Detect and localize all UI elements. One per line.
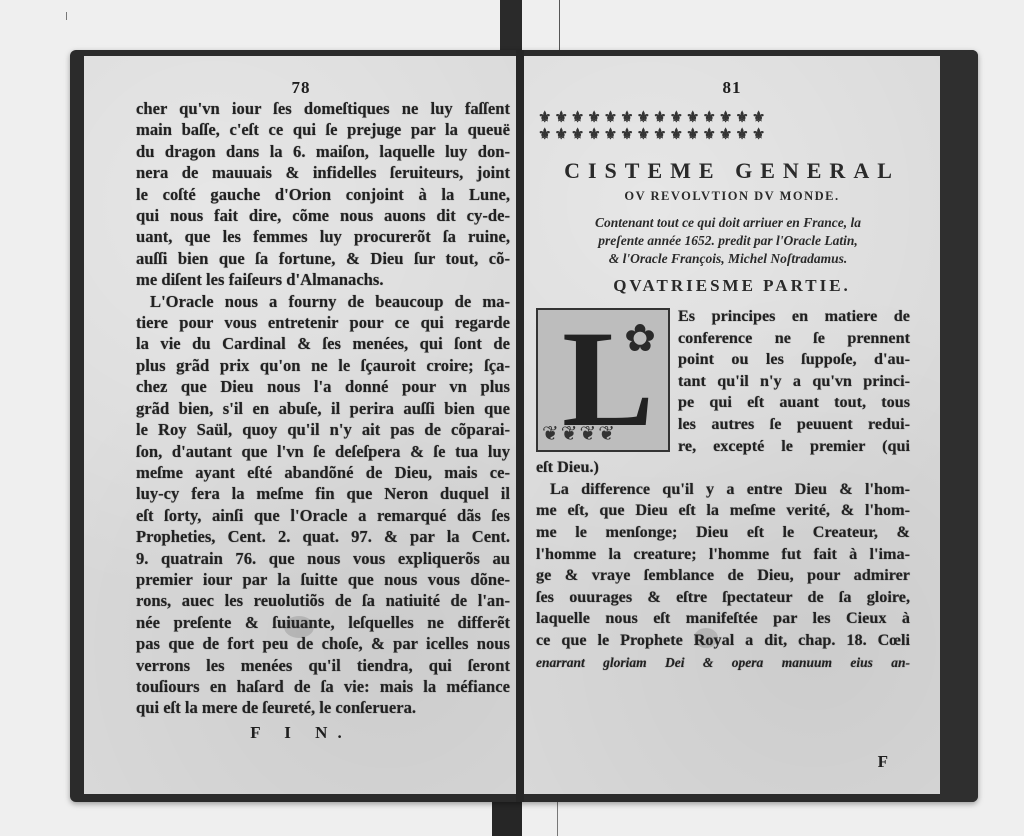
fleuron-row: ⚜⚜⚜⚜⚜⚜⚜⚜⚜⚜⚜⚜⚜⚜: [538, 127, 896, 144]
rose-icon: ✿: [624, 320, 656, 358]
text-line: me eſt, que Dieu eſt la meſme verité, & …: [536, 500, 910, 522]
text-line: tiere pour vous entretenir pour ce qui r…: [136, 312, 510, 333]
description-line: preſente année 1652. predit par l'Oracle…: [538, 232, 918, 250]
stand-guide-line-bottom: [557, 800, 558, 836]
signature-mark: F: [878, 752, 888, 772]
text-line: ſon, d'autant que l'vn ſe deſeſpera & ſe…: [136, 441, 510, 462]
text-line: pas que de fort peu de choſe, & par icel…: [136, 633, 510, 654]
book-fore-edge: [940, 50, 978, 802]
decorated-initial: ❦❦❦❦ L ✿: [536, 308, 670, 452]
fleuron-row: ⚜⚜⚜⚜⚜⚜⚜⚜⚜⚜⚜⚜⚜⚜: [538, 110, 896, 127]
text-line: le Roy Saül, quoy qu'il n'y ait pas de c…: [136, 419, 510, 440]
text-line: ge & vraye ſemblance de Dieu, pour admir…: [536, 565, 910, 587]
book-stand-bottom: [492, 800, 522, 836]
text-line: 9. quatrain 76. que nous vous expliquerõ…: [136, 548, 510, 569]
text-line: me le menſonge; Dieu eſt le Createur, &: [536, 522, 910, 544]
left-page: 78 cher qu'vn iour ſes domeſtiques ne lu…: [84, 56, 518, 794]
text-line: plus grãd prix qu'on ne le ſçauroit croi…: [136, 355, 510, 376]
left-page-body: cher qu'vn iour ſes domeſtiques ne luy f…: [136, 98, 510, 719]
part-title: QVATRIESME PARTIE.: [524, 276, 940, 296]
page-number: 81: [524, 78, 940, 98]
text-line: qui nous fait dire, cõme nous auons dit …: [136, 205, 510, 226]
text-line: luy-cy fera la meſme fin que Neron duque…: [136, 483, 510, 504]
text-line: uant, que les femmes luy procurerõt ſa r…: [136, 226, 510, 247]
text-line: du dragon dans la 6. maiſon, laquelle lu…: [136, 141, 510, 162]
right-page-body: ❦❦❦❦ L ✿ Es principes en matiere de conf…: [536, 306, 910, 673]
page-number: 78: [84, 78, 518, 98]
text-line: premier iour par la ſuitte que nous vous…: [136, 569, 510, 590]
text-line: l'homme la creature; l'homme fut fait à …: [536, 544, 910, 566]
book-gutter: [516, 50, 524, 802]
description-line: Contenant tout ce qui doit arriuer en Fr…: [538, 214, 918, 232]
right-page: 81 ⚜⚜⚜⚜⚜⚜⚜⚜⚜⚜⚜⚜⚜⚜ ⚜⚜⚜⚜⚜⚜⚜⚜⚜⚜⚜⚜⚜⚜ CISTEME…: [524, 56, 940, 794]
text-line: laquelle nous eſt manifeſtée par les Cie…: [536, 608, 910, 630]
text-line: me diſent les faiſeurs d'Almanachs.: [136, 269, 510, 290]
text-line: verrons les menées qu'il tiendra, qui ſe…: [136, 655, 510, 676]
latin-quote-line: enarrant gloriam Dei & opera manuum eius…: [536, 652, 910, 674]
text-line: chez que Dieu nous l'a donné pour vn plu…: [136, 376, 510, 397]
text-line: auſſi bien que ſa fortune, & Dieu ſur to…: [136, 248, 510, 269]
text-line: rons, auec les reuolutiõs de ſa natiuité…: [136, 590, 510, 611]
fleuron-ornament-band: ⚜⚜⚜⚜⚜⚜⚜⚜⚜⚜⚜⚜⚜⚜ ⚜⚜⚜⚜⚜⚜⚜⚜⚜⚜⚜⚜⚜⚜: [538, 110, 896, 146]
text-line: eſt Dieu.): [536, 457, 910, 479]
chapter-title: CISTEME GENERAL: [524, 158, 940, 184]
text-line: touſiours en haſard de ſa vie: mais la m…: [136, 676, 510, 697]
text-line: Propheties, Cent. 2. quat. 97. & par la …: [136, 526, 510, 547]
stand-guide-line-top: [559, 0, 560, 55]
text-line: grãd bien, s'il en abuſe, il perira auſſ…: [136, 398, 510, 419]
chapter-description: Contenant tout ce qui doit arriuer en Fr…: [538, 214, 918, 268]
text-line: ſes ouurages & eſtre ſpectateur de ſa gl…: [536, 587, 910, 609]
text-line: meſme ayant eſté abandõné de Dieu, mais …: [136, 462, 510, 483]
text-line: main baſſe, c'eſt ce qui ſe prejuge par …: [136, 119, 510, 140]
text-line: ce que le Prophete Royal a dit, chap. 18…: [536, 630, 910, 652]
text-line: la vie du Cardinal & ſes menées, qui ſon…: [136, 333, 510, 354]
paragraph-start-line: L'Oracle nous a fourny de beaucoup de ma…: [136, 291, 510, 312]
description-line: & l'Oracle François, Michel Noſtradamus.: [538, 250, 918, 268]
text-line: qui eſt la mere de ſeureté, le conſeruer…: [136, 697, 510, 718]
right-page-continuation: eſt Dieu.) La difference qu'il y a entre…: [536, 457, 910, 673]
chapter-subtitle: OV REVOLVTION DV MONDE.: [524, 189, 940, 204]
end-mark: F I N.: [84, 723, 518, 743]
ink-stain: [284, 616, 314, 638]
paragraph-start-line: La difference qu'il y a entre Dieu & l'h…: [536, 479, 910, 501]
text-line: eſt ſorty, ainſi que l'Oracle a remarqué…: [136, 505, 510, 526]
text-line: le coſté gauche d'Orion conjoint à la Lu…: [136, 184, 510, 205]
text-line: cher qu'vn iour ſes domeſtiques ne luy f…: [136, 98, 510, 119]
background-speck: [66, 12, 67, 20]
text-line: née preſente & ſuiuante, leſquelles ne d…: [136, 612, 510, 633]
text-line: nera de mauuais & infidelles ſeruiteurs,…: [136, 162, 510, 183]
open-book: 78 cher qu'vn iour ſes domeſtiques ne lu…: [70, 50, 978, 802]
